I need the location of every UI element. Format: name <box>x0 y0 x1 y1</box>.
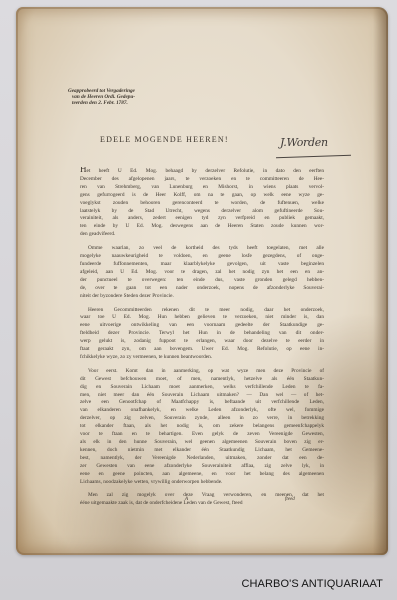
paragraph: Heeren Gecommitteerden rekenen dit te me… <box>80 307 324 362</box>
line-text: niteit der byzondere Steden dezer Provin… <box>80 293 174 299</box>
text-line: der punctueel te overwegen: ten einde du… <box>80 277 324 285</box>
line-text: gens gefurrogeerd is de Heer Kolff, om n… <box>80 192 324 198</box>
text-line: als elk in den hunne Souverain, wel geen… <box>80 439 324 447</box>
text-line: Lichaams, noodzakelyke wetten, vrywillig… <box>80 479 324 487</box>
text-line: eene en geene poincten, aan algemeene, e… <box>80 471 324 479</box>
text-line: zelve een Genootfchap of Maatfchappy is,… <box>80 399 324 407</box>
line-text: zer Gewesten van eene afzonderlyke Souve… <box>80 463 324 469</box>
line-text: laatstelyk by de Stad Utrecht, wegens de… <box>80 208 324 214</box>
text-line: Voor eerst. Komt dan in aanmerking, op w… <box>80 368 324 376</box>
line-text: ftaat geraakt zyn, om aan bovengem. Uwer… <box>80 346 324 352</box>
text-line: fchikkelyke wyze, zo zy vermeenen, te ku… <box>80 354 324 362</box>
text-line: niteit der byzondere Steden dezer Provin… <box>80 293 324 301</box>
line-text: zelve een Genootfchap of Maatfchappy is,… <box>80 399 324 405</box>
text-line: afgeleid, aan U Ed. Mog. voor te dragen,… <box>80 269 324 277</box>
text-line: ftaat geraakt zyn, om aan bovengem. Uwer… <box>80 346 324 354</box>
line-text: verainiteit, als anders, zedert eenigen … <box>80 215 324 221</box>
text-line: kennen, doch nietmin met elkander één St… <box>80 447 324 455</box>
line-text: voor te ftaan en te behartigen. Even gel… <box>80 431 324 437</box>
line-text: Omme waarlan, zo veel de kortheid des ty… <box>88 245 324 251</box>
document-heading: EDELE MOGENDE HEEREN! <box>100 135 229 144</box>
text-line: best, namentlyk, der Vereenigde Nederlan… <box>80 455 324 463</box>
paragraph: Omme waarlan, zo veel de kortheid des ty… <box>80 245 324 300</box>
text-line: Omme waarlan, zo veel de kortheid des ty… <box>80 245 324 253</box>
note-line: teerden den 2. Febr. 1787. <box>68 100 168 106</box>
text-line: eene uitvoerige ontwikkeling van een voo… <box>80 322 324 330</box>
text-line: waar toe U Ed. Mog. Hun hebben gelieven … <box>80 314 324 322</box>
line-text: dig en Souverain Lichaam moet aanmerken,… <box>80 384 324 390</box>
line-text: als elk in den hunne Souverain, wel geen… <box>80 439 324 445</box>
text-line: men, niet meer dan één Souverain Lichaam… <box>80 392 324 400</box>
signature-mark: A <box>185 497 188 502</box>
text-line: verainiteit, als anders, zedert eenigen … <box>80 215 324 223</box>
line-text: men, niet meer dan één Souverain Lichaam… <box>80 392 324 398</box>
line-text: Heeren Gecommitteerden rekenen dit te me… <box>88 307 324 313</box>
line-text: tot elkander ftaan, als het nodig is, om… <box>80 423 324 429</box>
line-text: de, over te gaan tot een nader onderzoek… <box>80 285 324 291</box>
line-text: afgeleid, aan U Ed. Mog. voor te dragen,… <box>80 269 324 275</box>
text-line: gens gefurrogeerd is de Heer Kolff, om n… <box>80 192 324 200</box>
text-line: mogelyke naauwkeurigheid te voldoen, en … <box>80 253 324 261</box>
printed-approval-note: Geapprobeerd tot Vergaderinge van de Hee… <box>68 88 168 107</box>
text-line: werp gelukt is, zodanig fuppoot te erlan… <box>80 338 324 346</box>
text-line: derzelver, op zig zelven, Souverain zynd… <box>80 415 324 423</box>
line-text: ééne uitgemaakte zaak is, dat de onderfc… <box>80 500 243 506</box>
line-text: werp gelukt is, zodanig fuppoot te erlan… <box>80 338 324 344</box>
line-text: ten einde by U Ed. Mog. deswegens aan de… <box>80 223 324 229</box>
text-line: de, over te gaan tot een nader onderzoek… <box>80 285 324 293</box>
text-line: laatstelyk by de Stad Utrecht, wegens de… <box>80 208 324 216</box>
line-text: derzelver, op zig zelven, Souverain zynd… <box>80 415 324 421</box>
text-line: voor te ftaan en te behartigen. Even gel… <box>80 431 324 439</box>
line-text: Voor eerst. Komt dan in aanmerking, op w… <box>88 368 324 374</box>
text-line: ren van Strehmberg, van Lunenburg en Mis… <box>80 184 324 192</box>
line-text: fteldheid dezer Provincie. Terwyl het Hu… <box>80 330 324 336</box>
line-text: mogelyke naauwkeurigheid te voldoen, en … <box>80 253 324 259</box>
text-line: tot elkander ftaan, als het nodig is, om… <box>80 423 324 431</box>
text-line: dig en Souverain Lichaam moet aanmerken,… <box>80 384 324 392</box>
text-line: fundeerde fuffonnementen, maar klaarblyk… <box>80 261 324 269</box>
line-text: kennen, doch nietmin met elkander één St… <box>80 447 324 453</box>
line-text: best, namentlyk, der Vereenigde Nederlan… <box>80 455 324 461</box>
document-body: Het heeft U Ed. Mog. behaagd by derzelve… <box>80 167 324 514</box>
text-line: van elkanderen onafhankelyk, en welke Le… <box>80 407 324 415</box>
paragraph: Voor eerst. Komt dan in aanmerking, op w… <box>80 368 324 487</box>
line-text: eene uitvoerige ontwikkeling van een voo… <box>80 322 324 328</box>
text-line: Heeren Gecommitteerden rekenen dit te me… <box>80 307 324 315</box>
line-text: den geadvifeerd. <box>80 231 115 237</box>
line-text: van elkanderen onafhankelyk, en welke Le… <box>80 407 324 413</box>
paragraph: Het heeft U Ed. Mog. behaagd by derzelve… <box>80 167 324 239</box>
line-text: dit Gewest befchouwen moet, of men, name… <box>80 376 324 382</box>
line-text: ren van Strehmberg, van Lunenburg en Mis… <box>80 184 324 190</box>
text-line: fteldheid dezer Provincie. Terwyl het Hu… <box>80 330 324 338</box>
text-line: dit Gewest befchouwen moet, of men, name… <box>80 376 324 384</box>
line-text: Lichaams, noodzakelyke wetten, vrywillig… <box>80 479 222 485</box>
line-text: voeglykst zouden behooren gerenconteerd … <box>80 200 324 206</box>
text-line: December des afgelopenen jaars, te verzo… <box>80 176 324 184</box>
text-line: zer Gewesten van eene afzonderlyke Souve… <box>80 463 324 471</box>
line-text: eene en geene poincten, aan algemeene, e… <box>80 471 324 477</box>
line-text: December des afgelopenen jaars, te verzo… <box>80 176 324 182</box>
line-text: fchikkelyke wyze, zo zy vermeenen, te ku… <box>80 354 212 360</box>
handwritten-signature: J.Worden <box>280 136 328 149</box>
line-text: der punctueel te overwegen: ten einde du… <box>80 277 324 283</box>
line-text: waar toe U Ed. Mog. Hun hebben gelieven … <box>80 314 324 320</box>
text-line: den geadvifeerd. <box>80 231 324 239</box>
text-line: ten einde by U Ed. Mog. deswegens aan de… <box>80 223 324 231</box>
text-line: voeglykst zouden behooren gerenconteerd … <box>80 200 324 208</box>
line-text: fundeerde fuffonnementen, maar klaarblyk… <box>80 261 324 267</box>
dealer-watermark: CHARBO'S ANTIQUARIAAT <box>241 578 383 590</box>
text-line: Het heeft U Ed. Mog. behaagd by derzelve… <box>80 167 324 176</box>
line-text: et heeft U Ed. Mog. behaagd by derzelver… <box>87 168 325 174</box>
catchword: fteed <box>285 497 295 502</box>
